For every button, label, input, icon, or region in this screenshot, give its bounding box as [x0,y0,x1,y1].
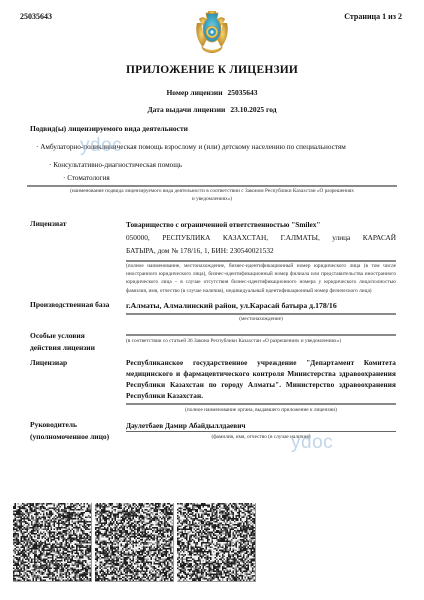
watermark-text: ydoc [291,432,333,454]
head-name: Даулетбаев Дамир Абайдыллдаевич [126,420,396,431]
head-label-line1: Руководитель [30,419,109,431]
licensee-name: Товарищество с ограниченной ответственно… [126,219,396,230]
licensor-label: Лицензиар [30,357,67,369]
license-date-value: 23.10.2025 год [230,105,276,114]
head-caption: (фамилия, имя, отчество (в случае наличи… [126,433,396,441]
page-indicator: Страница 1 из 2 [344,12,402,21]
divider-rule [126,334,396,336]
watermark-text: ydoc [80,135,122,157]
subtypes-caption: (наименование подвида лицензируемого вид… [27,187,397,203]
qr-code-1-icon [13,503,92,582]
licensee-caption: (полное наименование, местонахождение, б… [126,262,396,295]
production-base-caption: (местонахождение) [126,315,396,323]
head-label: Руководитель (уполномоченное лицо) [30,419,109,443]
special-conditions-value [126,326,396,334]
licensee-address-line1: 050000, РЕСПУБЛИКА КАЗАХСТАН, Г.АЛМАТЫ, … [126,232,396,245]
subtype-item-consultative: · Консультативно-диагностическая помощь [49,161,182,169]
special-conditions-caption: (в соответствии со статьей 36 Закона Рес… [126,337,396,345]
qr-code-2-icon [95,503,174,582]
license-number-label: Номер лицензии [166,88,222,97]
subtype-item-dentistry: · Стоматология [63,174,110,182]
special-conditions-label: Особые условия действия лицензии [30,330,95,354]
licensor-caption: (полное наименование органа, выдавшего п… [126,406,396,414]
state-emblem-icon [193,9,231,54]
special-conditions-label-line1: Особые условия [30,330,95,342]
document-title: ПРИЛОЖЕНИЕ К ЛИЦЕНЗИИ [0,64,424,76]
subtypes-caption-line1: (наименование подвида лицензируемого вид… [27,187,397,195]
licensee-block: Товарищество с ограниченной ответственно… [126,219,396,257]
special-conditions-label-line2: действия лицензии [30,342,95,354]
license-number-line: Номер лицензии25035643 [0,88,424,97]
subtypes-heading: Подвид(ы) лицензируемого вида деятельнос… [30,124,188,133]
license-date-line: Дата выдачи лицензии23.10.2025 год [0,105,424,114]
document-number: 25035643 [20,12,52,21]
production-base-label: Производственная база [30,299,109,311]
licensee-address-line2: БАТЫРА, дом № 178/16, 1, БИН: 2305400215… [126,245,396,258]
license-number-value: 25035643 [228,88,258,97]
divider-rule [126,431,396,432]
production-base-value: г.Алматы, Алмалинский район, ул.Карасай … [126,300,396,311]
licensee-label: Лицензиат [30,218,66,230]
head-label-line2: (уполномоченное лицо) [30,431,109,443]
divider-rule [126,403,396,405]
qr-code-3-icon [177,503,256,582]
license-date-label: Дата выдачи лицензии [147,105,225,114]
subtypes-caption-line2: и уведомлениях») [27,195,397,203]
licensor-value: Республиканское государственное учрежден… [126,358,396,402]
